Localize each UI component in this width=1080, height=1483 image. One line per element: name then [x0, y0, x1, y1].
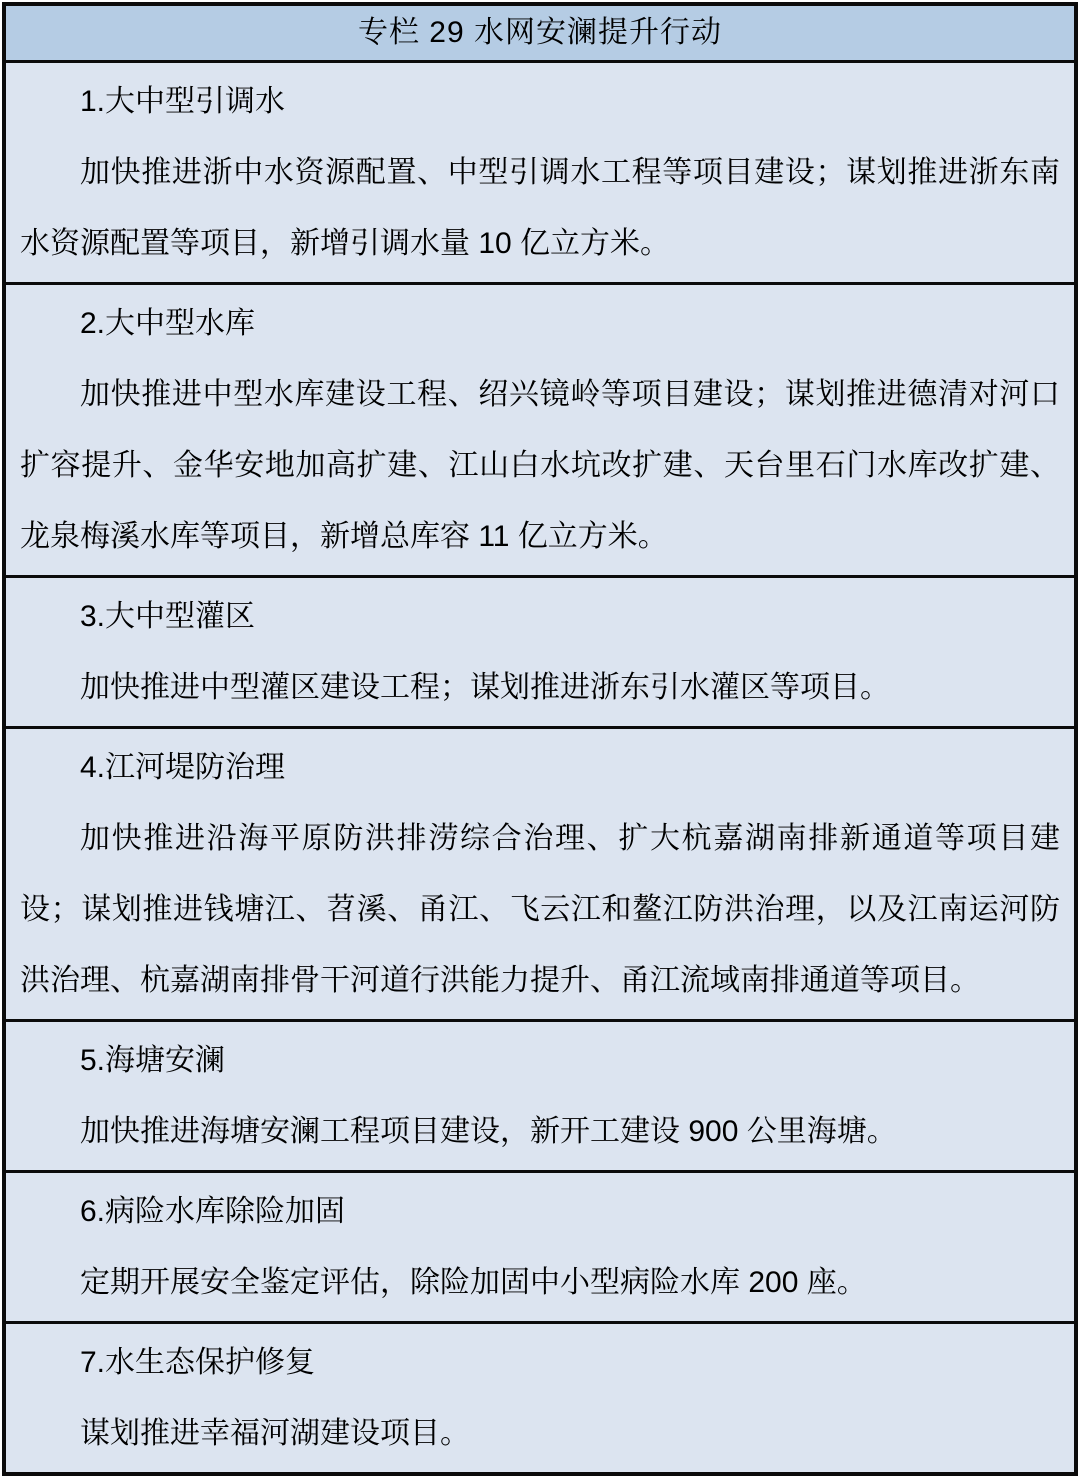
section-heading: 6.病险水库除险加固	[20, 1176, 1060, 1247]
section-heading: 5.海塘安澜	[20, 1025, 1060, 1096]
action-column-table: 专栏 29 水网安澜提升行动 1.大中型引调水 加快推进浙中水资源配置、中型引调…	[2, 2, 1078, 1476]
section-heading: 2.大中型水库	[20, 288, 1060, 359]
section-body: 加快推进海塘安澜工程项目建设，新开工建设 900 公里海塘。	[20, 1096, 1060, 1167]
section-heading: 4.江河堤防治理	[20, 732, 1060, 803]
section-body: 定期开展安全鉴定评估，除险加固中小型病险水库 200 座。	[20, 1247, 1060, 1318]
section-row-3: 3.大中型灌区 加快推进中型灌区建设工程；谋划推进浙东引水灌区等项目。	[6, 578, 1074, 729]
section-body: 加快推进沿海平原防洪排涝综合治理、扩大杭嘉湖南排新通道等项目建设；谋划推进钱塘江…	[20, 803, 1060, 1016]
section-row-5: 5.海塘安澜 加快推进海塘安澜工程项目建设，新开工建设 900 公里海塘。	[6, 1022, 1074, 1173]
section-body: 谋划推进幸福河湖建设项目。	[20, 1398, 1060, 1469]
section-body: 加快推进浙中水资源配置、中型引调水工程等项目建设；谋划推进浙东南水资源配置等项目…	[20, 137, 1060, 279]
section-heading: 7.水生态保护修复	[20, 1327, 1060, 1398]
section-row-4: 4.江河堤防治理 加快推进沿海平原防洪排涝综合治理、扩大杭嘉湖南排新通道等项目建…	[6, 729, 1074, 1022]
section-row-7: 7.水生态保护修复 谋划推进幸福河湖建设项目。	[6, 1324, 1074, 1472]
section-body: 加快推进中型灌区建设工程；谋划推进浙东引水灌区等项目。	[20, 652, 1060, 723]
section-row-2: 2.大中型水库 加快推进中型水库建设工程、绍兴镜岭等项目建设；谋划推进德清对河口…	[6, 285, 1074, 578]
section-heading: 3.大中型灌区	[20, 581, 1060, 652]
section-heading: 1.大中型引调水	[20, 66, 1060, 137]
section-body: 加快推进中型水库建设工程、绍兴镜岭等项目建设；谋划推进德清对河口扩容提升、金华安…	[20, 359, 1060, 572]
table-title: 专栏 29 水网安澜提升行动	[6, 6, 1074, 63]
section-row-6: 6.病险水库除险加固 定期开展安全鉴定评估，除险加固中小型病险水库 200 座。	[6, 1173, 1074, 1324]
section-row-1: 1.大中型引调水 加快推进浙中水资源配置、中型引调水工程等项目建设；谋划推进浙东…	[6, 63, 1074, 285]
